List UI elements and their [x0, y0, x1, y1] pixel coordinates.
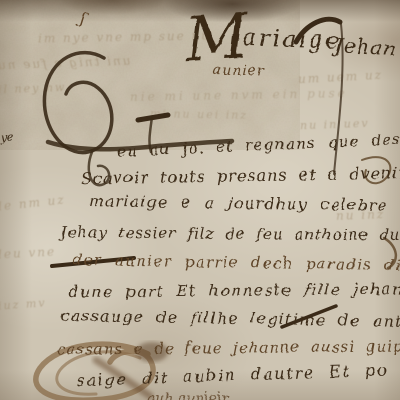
line-lead-stroke: [52, 258, 134, 266]
bottom-loop-smear: [96, 360, 150, 396]
paraph-curl: [89, 152, 109, 185]
right-edge-swash: [384, 238, 396, 268]
ink-blotch: [136, 342, 168, 362]
abbreviation-slash-stroke: [282, 306, 336, 327]
paraph-tail-stroke: [48, 141, 232, 149]
paraph-flourish: [44, 53, 111, 153]
ink-flourishes: [0, 0, 400, 400]
right-edge-curl: [362, 157, 390, 183]
manuscript-photo: im nye vne mp sue nu uni tnig e fue nu i…: [0, 0, 400, 400]
title-de-abbreviation-stroke: [296, 19, 340, 42]
title-descender-stroke: [334, 24, 343, 174]
